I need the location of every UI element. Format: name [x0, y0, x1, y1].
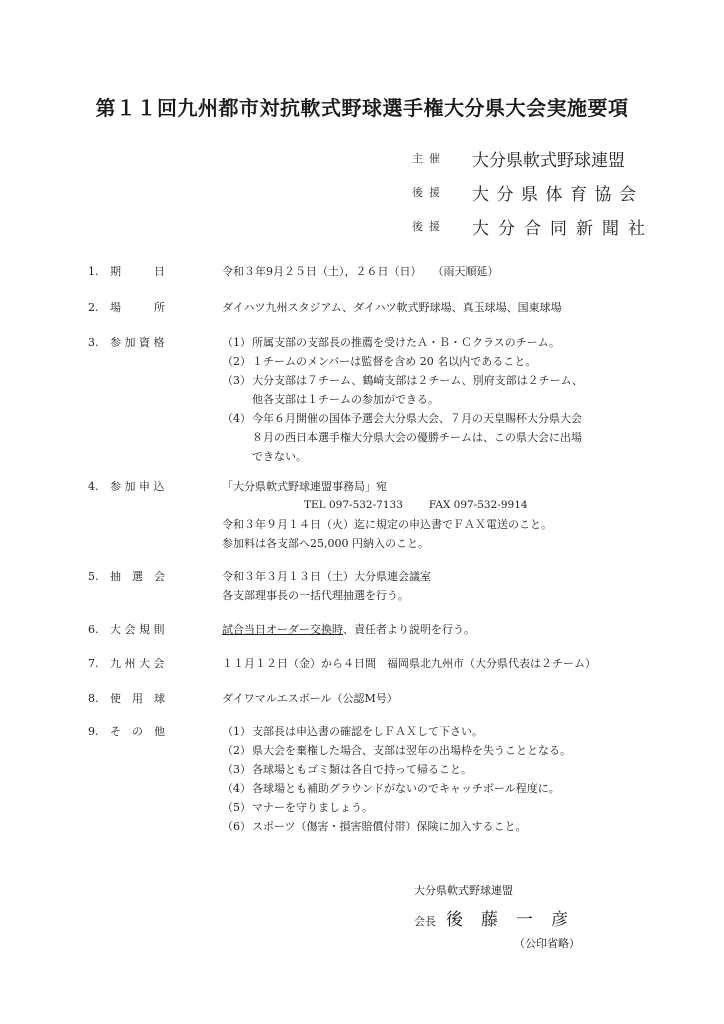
item-prefix: （3）: [222, 760, 252, 779]
tel-number: TEL 097-532-7133: [304, 499, 403, 511]
body-line: 令和３年９月１４日（火）迄に規定の申込書でＦＡＸ電送のこと。: [222, 515, 552, 534]
body-line: 参加料は各支部へ25,000 円納入のこと。: [222, 534, 552, 553]
body-text: 、責任者より説明を行う。: [343, 623, 475, 636]
item-text: 所属支部の支部長の推薦を受けたＡ・Ｂ・Ｃクラスのチーム。: [252, 336, 560, 349]
section-body: １１月１２日（金）から４日間 福岡県北九州市（大分県代表は２チーム）: [222, 654, 596, 673]
list-item: （2）１チームのメンバーは監督を含め 20 名以内であること。: [222, 352, 583, 371]
seal-omitted-note: （公印省略）: [514, 935, 580, 951]
signature-organization: 大分県軟式野球連盟: [414, 882, 513, 898]
section-title: 九 州 大 会: [110, 657, 165, 670]
item-prefix: （1）: [222, 333, 252, 352]
section-number: 7.: [88, 654, 110, 673]
list-item: （3）各球場ともゴミ類は各自で持って帰ること。: [222, 760, 571, 779]
list-item: （4）今年６月開催の国体予選会大分県大会、７月の天皇賜杯大分県大会: [222, 409, 583, 428]
list-item: （5）マナーを守りましょう。: [222, 798, 571, 817]
section-body: 令和３年３月１３日（土）大分県連会議室 各支部理事長の一括代理抽選を行う。: [222, 567, 431, 605]
item-text: 各球場ともゴミ類は各自で持って帰ること。: [252, 763, 472, 776]
item-text: 今年６月開催の国体予選会大分県大会、７月の天皇賜杯大分県大会: [252, 412, 582, 425]
section-number: 1.: [88, 262, 110, 281]
fax-number: FAX 097-532-9914: [429, 499, 528, 511]
section-title: 使 用 球: [110, 692, 165, 705]
list-item: （4）各球場とも補助グラウンドがないのでキャッチボール程度に。: [222, 779, 571, 798]
list-item: （6）スポーツ（傷害・損害賠償付帯）保険に加入すること。: [222, 817, 571, 836]
section-number: 9.: [88, 722, 110, 741]
item-text: １チームのメンバーは監督を含め 20 名以内であること。: [252, 355, 536, 368]
section-title: 参 加 申 込: [110, 480, 165, 493]
item-continuation: ８月の西日本選手権大分県大会の優勝チームは、この県大会に出場: [222, 428, 583, 447]
body-line: ダイワマルエスボール（公認M号）: [222, 689, 398, 708]
sponsor-role: 主催: [412, 150, 472, 166]
sponsor-supporter-2: 後援 大分合同新聞社: [412, 214, 654, 238]
sponsor-name: 大分県軟式野球連盟: [472, 146, 625, 171]
section-number: 2.: [88, 298, 110, 317]
section-body: 試合当日オーダー交換時、責任者より説明を行う。: [222, 620, 475, 639]
section-label: 5.抽 選 会: [88, 567, 208, 586]
item-continuation: できない。: [222, 447, 583, 466]
item-prefix: （4）: [222, 409, 252, 428]
section-label: 4.参 加 申 込: [88, 477, 208, 496]
section-number: 4.: [88, 477, 110, 496]
section-title: 参 加 資 格: [110, 336, 165, 349]
section-title: 抽 選 会: [110, 570, 165, 583]
section-body: ダイワマルエスボール（公認M号）: [222, 689, 398, 708]
item-text: 大分支部は７チーム、鶴崎支部は２チーム、別府支部は２チーム、: [252, 374, 583, 387]
section-label: 8.使 用 球: [88, 689, 208, 708]
section-label: 3.参 加 資 格: [88, 333, 208, 352]
section-body: 「大分県軟式野球連盟事務局」宛 TEL 097-532-7133FAX 097-…: [222, 477, 552, 553]
sponsor-organizer: 主催 大分県軟式野球連盟: [412, 146, 625, 170]
section-number: 3.: [88, 333, 110, 352]
body-line: 令和３年３月１３日（土）大分県連会議室: [222, 567, 431, 586]
section-title: 場 所: [110, 301, 165, 314]
contact-line: TEL 097-532-7133FAX 097-532-9914: [222, 496, 552, 515]
sponsor-name: 大分県体育協会: [472, 180, 644, 205]
section-number: 5.: [88, 567, 110, 586]
signature-name: 後藤一彦: [446, 905, 586, 930]
item-text: 支部長は申込書の確認をしＦＡＸして下さい。: [252, 725, 483, 738]
signature-row: 会長 後藤一彦: [414, 905, 586, 930]
section-label: 2.場 所: [88, 298, 208, 317]
section-label: 9.そ の 他: [88, 722, 208, 741]
underlined-text: 試合当日オーダー交換時: [222, 623, 343, 636]
section-title: 大 会 規 則: [110, 623, 165, 636]
signature-title: 会長: [414, 913, 436, 929]
item-prefix: （3）: [222, 371, 252, 390]
body-line: 令和３年9月２５日（土），２６日（日） （雨天順延）: [222, 262, 499, 281]
sponsor-role: 後援: [412, 218, 472, 234]
section-label: 1.期 日: [88, 262, 208, 281]
section-label: 7.九 州 大 会: [88, 654, 208, 673]
body-line: ダイハツ九州スタジアム、ダイハツ軟式野球場、真玉球場、国東球場: [222, 298, 562, 317]
section-body: （1）支部長は申込書の確認をしＦＡＸして下さい。 （2）県大会を棄権した場合、支…: [222, 722, 571, 836]
body-line: １１月１２日（金）から４日間 福岡県北九州市（大分県代表は２チーム）: [222, 654, 596, 673]
body-line: 試合当日オーダー交換時、責任者より説明を行う。: [222, 620, 475, 639]
item-prefix: （5）: [222, 798, 252, 817]
item-prefix: （2）: [222, 741, 252, 760]
item-prefix: （4）: [222, 779, 252, 798]
section-number: 8.: [88, 689, 110, 708]
section-body: （1）所属支部の支部長の推薦を受けたＡ・Ｂ・Ｃクラスのチーム。 （2）１チームの…: [222, 333, 583, 466]
item-text: スポーツ（傷害・損害賠償付帯）保険に加入すること。: [252, 820, 527, 833]
section-title: 期 日: [110, 265, 165, 278]
body-line: 各支部理事長の一括代理抽選を行う。: [222, 586, 431, 605]
item-prefix: （1）: [222, 722, 252, 741]
section-body: ダイハツ九州スタジアム、ダイハツ軟式野球場、真玉球場、国東球場: [222, 298, 562, 317]
section-number: 6.: [88, 620, 110, 639]
sponsor-name: 大分合同新聞社: [472, 214, 654, 239]
sponsor-role: 後援: [412, 184, 472, 200]
section-label: 6.大 会 規 則: [88, 620, 208, 639]
item-prefix: （2）: [222, 352, 252, 371]
item-text: 各球場とも補助グラウンドがないのでキャッチボール程度に。: [252, 782, 560, 795]
item-continuation: 他各支部は１チームの参加ができる。: [222, 390, 583, 409]
list-item: （1）所属支部の支部長の推薦を受けたＡ・Ｂ・Ｃクラスのチーム。: [222, 333, 583, 352]
list-item: （1）支部長は申込書の確認をしＦＡＸして下さい。: [222, 722, 571, 741]
item-text: マナーを守りましょう。: [252, 801, 373, 814]
sponsor-supporter-1: 後援 大分県体育協会: [412, 180, 644, 204]
document-title: 第１１回九州都市対抗軟式野球選手権大分県大会実施要項: [0, 92, 724, 121]
section-title: そ の 他: [110, 725, 165, 738]
list-item: （3）大分支部は７チーム、鶴崎支部は２チーム、別府支部は２チーム、: [222, 371, 583, 390]
office-line: 「大分県軟式野球連盟事務局」宛: [222, 477, 552, 496]
list-item: （2）県大会を棄権した場合、支部は翌年の出場枠を失うこととなる。: [222, 741, 571, 760]
item-prefix: （6）: [222, 817, 252, 836]
item-text: 県大会を棄権した場合、支部は翌年の出場枠を失うこととなる。: [252, 744, 571, 757]
section-body: 令和３年9月２５日（土），２６日（日） （雨天順延）: [222, 262, 499, 281]
